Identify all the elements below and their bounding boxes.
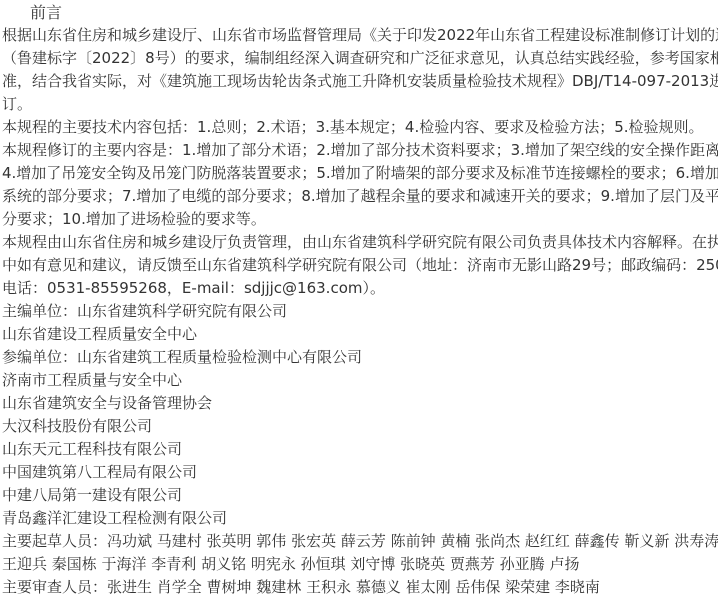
chief-editor-unit-line: 山东省建设工程质量安全中心 — [2, 323, 718, 346]
revisions-line: 系统的部分要求；7.增加了电缆的部分要求；8.增加了越程余量的要求和减速开关的要… — [2, 185, 718, 208]
reviewers-line: 主要审查人员：张进生 肖学全 曹树坤 魏建林 王积永 慕德义 崔太刚 岳伟保 梁… — [2, 576, 718, 596]
basis-paragraph-line: 准，结合我省实际，对《建筑施工现场齿轮齿条式施工升降机安装质量检验技术规程》DB… — [2, 70, 718, 93]
drafters-line: 主要起草人员：冯功斌 马建村 张英明 郭伟 张宏英 薛云芳 陈前钟 黄楠 张尚杰… — [2, 530, 718, 553]
management-line: 本规程由山东省住房和城乡建设厅负责管理，由山东省建筑科学研究院有限公司负责具体技… — [2, 231, 718, 254]
management-line: 中如有意见和建议，请反馈至山东省建筑科学研究院有限公司（地址：济南市无影山路29… — [2, 254, 718, 277]
basis-paragraph-line: 订。 — [2, 93, 718, 116]
co-editor-unit-line: 大汉科技股份有限公司 — [2, 415, 718, 438]
preface-document: 前言 根据山东省住房和城乡建设厅、山东省市场监督管理局《关于印发2022年山东省… — [0, 0, 718, 596]
management-contact-line: 电话：0531-85595268，E-mail：sdjjjc@163.com）。 — [2, 277, 718, 300]
basis-paragraph-line: （鲁建标字〔2022〕8号）的要求，编制组经深入调查研究和广泛征求意见，认真总结… — [2, 47, 718, 70]
chief-editor-unit-line: 主编单位：山东省建筑科学研究院有限公司 — [2, 300, 718, 323]
co-editor-unit-line: 参编单位：山东省建筑工程质量检验检测中心有限公司 — [2, 346, 718, 369]
revisions-line: 4.增加了吊笼安全钩及吊笼门防脱落装置要求；5.增加了附墙架的部分要求及标准节连… — [2, 162, 718, 185]
co-editor-unit-line: 山东省建筑安全与设备管理协会 — [2, 392, 718, 415]
drafters-line: 王迎兵 秦国栋 于海洋 李青利 胡义铭 明宪永 孙恒琪 刘守博 张晓英 贾燕芳 … — [2, 553, 718, 576]
technical-contents-line: 本规程的主要技术内容包括：1.总则；2.术语；3.基本规定；4.检验内容、要求及… — [2, 116, 718, 139]
co-editor-unit-line: 山东天元工程科技有限公司 — [2, 438, 718, 461]
page-title: 前言 — [2, 1, 718, 24]
revisions-line: 本规程修订的主要内容是：1.增加了部分术语；2.增加了部分技术资料要求；3.增加… — [2, 139, 718, 162]
co-editor-unit-line: 中国建筑第八工程局有限公司 — [2, 461, 718, 484]
revisions-line: 分要求；10.增加了进场检验的要求等。 — [2, 208, 718, 231]
co-editor-unit-line: 中建八局第一建设有限公司 — [2, 484, 718, 507]
basis-paragraph-line: 根据山东省住房和城乡建设厅、山东省市场监督管理局《关于印发2022年山东省工程建… — [2, 24, 718, 47]
co-editor-unit-line: 济南市工程质量与安全中心 — [2, 369, 718, 392]
co-editor-unit-line: 青岛鑫洋汇建设工程检测有限公司 — [2, 507, 718, 530]
